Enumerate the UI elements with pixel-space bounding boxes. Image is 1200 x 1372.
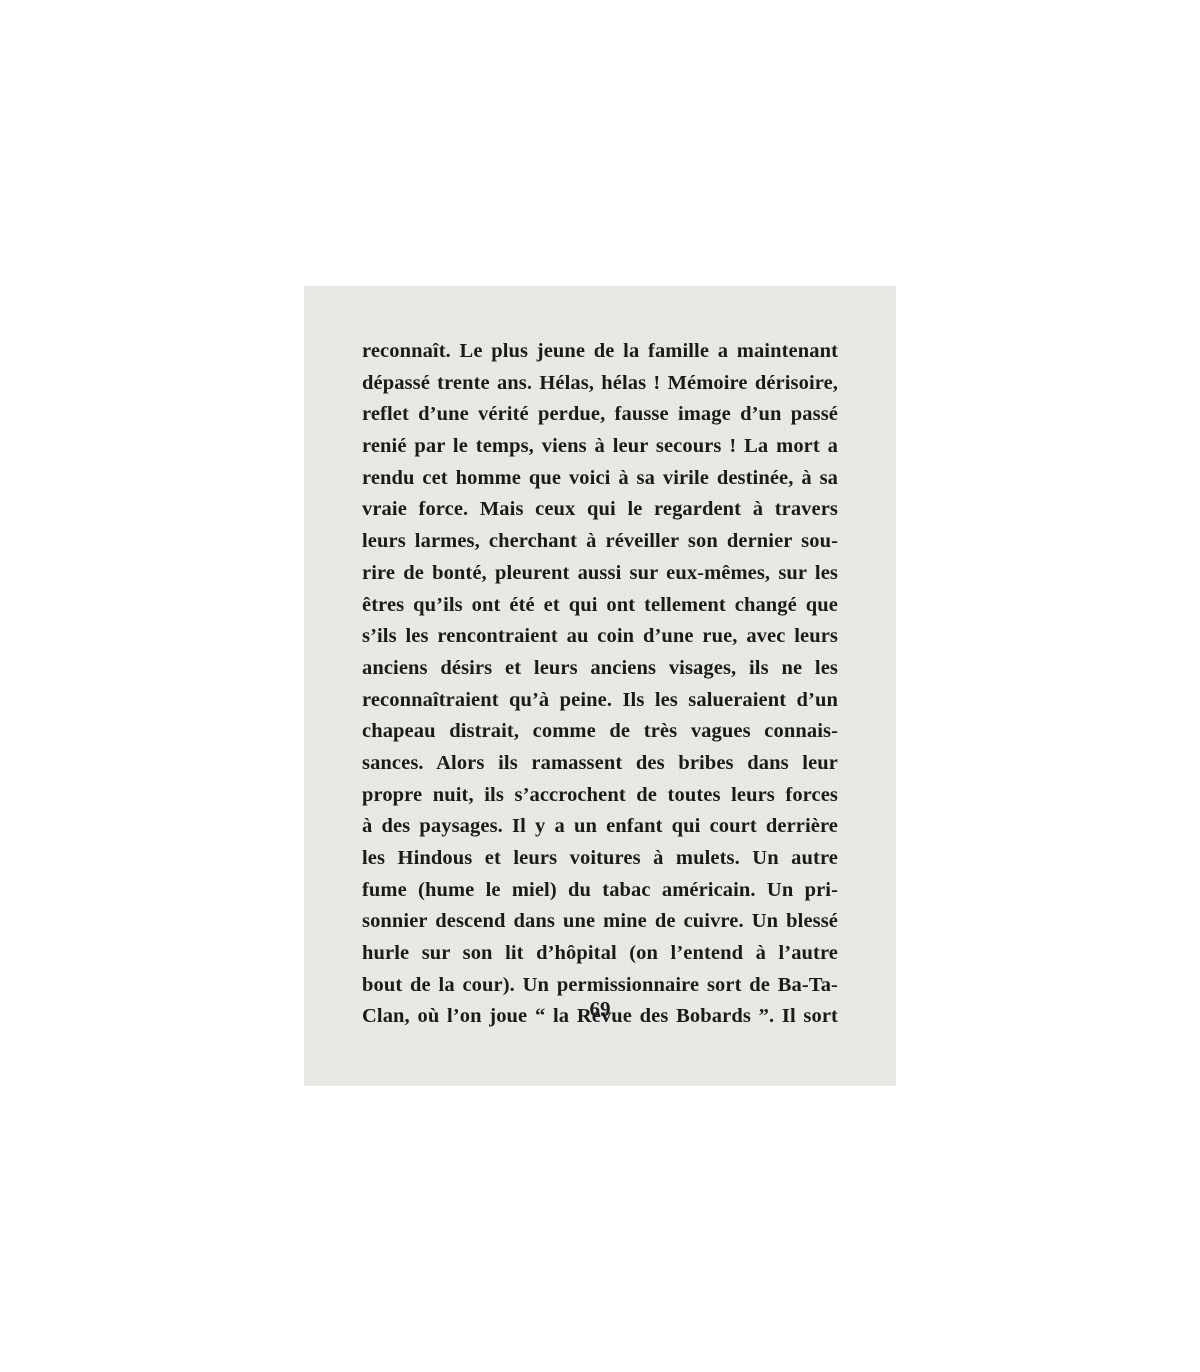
text-line: êtres qu’ils ont été et qui ont tellemen… xyxy=(362,590,838,622)
text-line: rendu cet homme que voici à sa virile de… xyxy=(362,463,838,495)
text-line: propre nuit, ils s’accrochent de toutes … xyxy=(362,780,838,812)
text-line: à des paysages. Il y a un enfant qui cou… xyxy=(362,811,838,843)
text-line: hurle sur son lit d’hôpital (on l’entend… xyxy=(362,938,838,970)
book-page: reconnaît. Le plus jeune de la famille a… xyxy=(304,286,896,1086)
text-line: reconnaît. Le plus jeune de la famille a… xyxy=(362,336,838,368)
text-line: rire de bonté, pleurent aussi sur eux-mê… xyxy=(362,558,838,590)
text-line: s’ils les rencontraient au coin d’une ru… xyxy=(362,621,838,653)
text-line: sonnier descend dans une mine de cuivre.… xyxy=(362,906,838,938)
page-number: 69 xyxy=(304,997,896,1022)
text-line: dépassé trente ans. Hélas, hélas ! Mémoi… xyxy=(362,368,838,400)
text-line: reconnaîtraient qu’à peine. Ils les salu… xyxy=(362,685,838,717)
text-line: reflet d’une vérité perdue, fausse image… xyxy=(362,399,838,431)
body-text: reconnaît. Le plus jeune de la famille a… xyxy=(362,336,838,1033)
text-line: les Hindous et leurs voitures à mulets. … xyxy=(362,843,838,875)
text-line: renié par le temps, viens à leur secours… xyxy=(362,431,838,463)
text-line: leurs larmes, cherchant à réveiller son … xyxy=(362,526,838,558)
text-line: vraie force. Mais ceux qui le regardent … xyxy=(362,494,838,526)
text-line: fume (hume le miel) du tabac américain. … xyxy=(362,875,838,907)
text-line: anciens désirs et leurs anciens visages,… xyxy=(362,653,838,685)
text-line: chapeau distrait, comme de très vagues c… xyxy=(362,716,838,748)
text-line: sances. Alors ils ramassent des bribes d… xyxy=(362,748,838,780)
